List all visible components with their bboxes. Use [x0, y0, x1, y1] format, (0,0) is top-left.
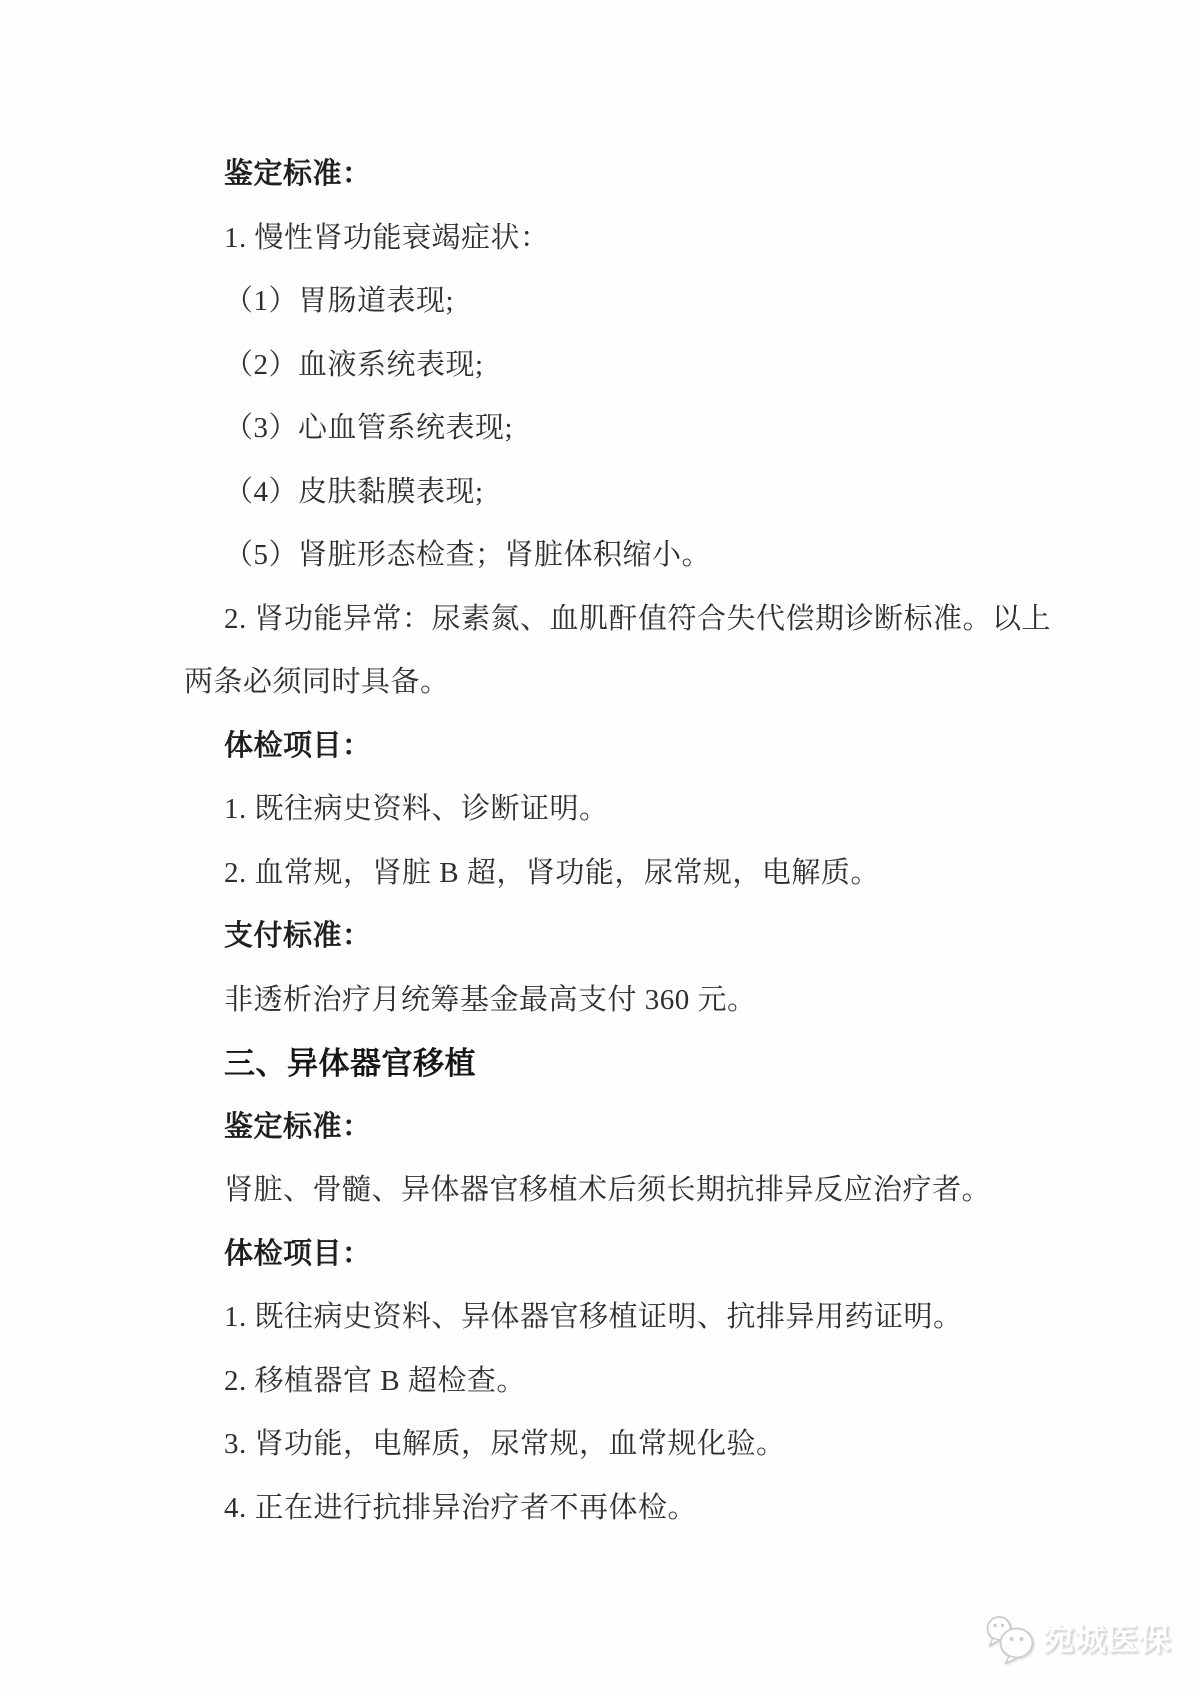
watermark-account-name: 宛城医保	[1043, 1624, 1171, 1655]
text-line: 支付标准：	[184, 905, 1094, 969]
text-line: 2. 肾功能异常：尿素氮、血肌酐值符合失代偿期诊断标准。以上	[184, 588, 1094, 652]
text-line: 2. 血常规，肾脏 B 超，肾功能，尿常规，电解质。	[184, 842, 1094, 906]
text-line: 3. 肾功能，电解质，尿常规，血常规化验。	[184, 1413, 1094, 1477]
text-line: 1. 既往病史资料、诊断证明。	[184, 778, 1094, 842]
text-line: 4. 正在进行抗排异治疗者不再体检。	[184, 1477, 1094, 1541]
text-line: 肾脏、骨髓、异体器官移植术后须长期抗排异反应治疗者。	[184, 1159, 1094, 1223]
wechat-icon	[984, 1614, 1036, 1664]
text-line: （3）心血管系统表现;	[184, 397, 1094, 461]
text-line: 1. 既往病史资料、异体器官移植证明、抗排异用药证明。	[184, 1286, 1094, 1350]
text-line: 三、异体器官移植	[184, 1032, 1094, 1096]
text-line: 非透析治疗月统筹基金最高支付 360 元。	[184, 969, 1094, 1033]
text-line: 2. 移植器官 B 超检查。	[184, 1350, 1094, 1414]
watermark: 宛城医保	[984, 1614, 1171, 1664]
text-line: 1. 慢性肾功能衰竭症状：	[184, 207, 1094, 271]
document-page: 鉴定标准：1. 慢性肾功能衰竭症状：（1）胃肠道表现;（2）血液系统表现;（3）…	[0, 0, 1200, 1696]
document-body: 鉴定标准：1. 慢性肾功能衰竭症状：（1）胃肠道表现;（2）血液系统表现;（3）…	[184, 143, 1094, 1540]
text-line: 鉴定标准：	[184, 1096, 1094, 1160]
text-line: （4）皮肤黏膜表现;	[184, 461, 1094, 525]
text-line: （5）肾脏形态检查；肾脏体积缩小。	[184, 524, 1094, 588]
text-line: 鉴定标准：	[184, 143, 1094, 207]
text-line: 两条必须同时具备。	[184, 651, 1094, 715]
text-line: 体检项目：	[184, 715, 1094, 779]
text-line: （1）胃肠道表现;	[184, 270, 1094, 334]
text-line: 体检项目：	[184, 1223, 1094, 1287]
text-line: （2）血液系统表现;	[184, 334, 1094, 398]
